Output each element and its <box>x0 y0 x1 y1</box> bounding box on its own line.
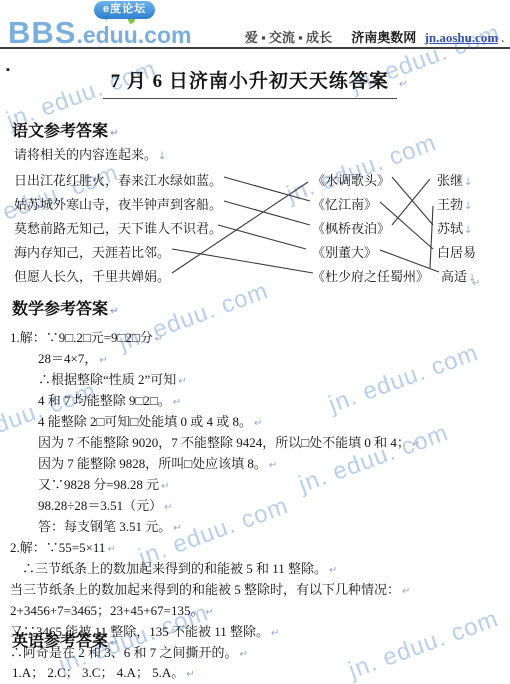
math-line: 当三节纸条上的数加起来得到的和能被 5 整除时，有以下几种情况：↵ <box>10 580 508 601</box>
line-break-mark: ↓ <box>464 177 472 188</box>
line-break-mark: ↓ <box>464 201 472 212</box>
poem-line: 海内存知己，天涯若比邻。 <box>14 242 170 261</box>
paragraph-mark: ↵ <box>399 79 407 90</box>
math-section: 数学参考答案↵ 1.解：∵9□.2□元=9□2□分↵ 28＝4×7，↵ ∴根据整… <box>10 296 508 664</box>
poem-title: 《杜少府之任蜀州》 <box>312 266 429 285</box>
connection-line <box>224 201 310 225</box>
logo-mid: .edu <box>76 22 123 48</box>
site-name: 济南奥数网 <box>351 30 416 45</box>
logo-bbs: BBS <box>8 15 76 50</box>
header-tagline: 爱 ▪ 交流 ▪ 成长 济南奥数网 jn.aoshu.com . <box>245 27 504 46</box>
poem-author: 苏轼↓ <box>437 218 472 237</box>
connection-line <box>172 249 313 273</box>
header-divider <box>0 47 510 49</box>
logo-text: BBS.eduu.com <box>8 15 191 51</box>
math-line: 28＝4×7，↵ <box>10 349 508 370</box>
line-break-mark: ↓ <box>464 225 472 236</box>
english-section: 英语参考答案↵ 1.A； 2.C； 3.C； 4.A； 5.A。↵ <box>12 628 195 684</box>
math-line: ∴三节纸条上的数加起来得到的和能被 5 和 11 整除。↵ <box>10 559 508 580</box>
connection-line <box>430 206 433 268</box>
english-answers: 1.A； 2.C； 3.C； 4.A； 5.A。↵ <box>12 663 195 684</box>
math-line: 又∵9828 分=98.28 元↵ <box>10 475 508 496</box>
math-line: ∴根据整除“性质 2”可知↵ <box>10 370 508 391</box>
poem-author: 张继↓ <box>437 170 472 189</box>
link-trailing-dot: . <box>502 34 505 45</box>
math-line: 4 和 7 均能整除 9□2□。↵ <box>10 391 508 412</box>
chinese-section-heading: 语文参考答案↵ <box>12 118 118 141</box>
edu-forum-badge[interactable]: e度论坛 <box>94 1 155 19</box>
poem-author: 白居易 <box>437 242 476 261</box>
slogan: 爱 ▪ 交流 ▪ 成长 <box>245 30 332 45</box>
math-line: 答：每支钢笔 3.51 元。↵ <box>10 517 508 538</box>
math-line: 1.解：∵9□.2□元=9□2□分↵ <box>10 328 508 349</box>
poem-title: 《枫桥夜泊》 <box>312 218 390 237</box>
page-title: 7 月 6 日济南小升初天天练答案 <box>103 66 397 99</box>
bbs-eduu-logo[interactable]: BBS.eduu.com e度论坛 <box>8 2 191 51</box>
logo-u-sprout: u <box>124 22 138 48</box>
math-line: 因为 7 不能整除 9020，7 不能整除 9424，所以□处不能填 0 和 4… <box>10 433 508 454</box>
logo-tail: .com <box>138 22 192 48</box>
title-row: 7 月 6 日济南小升初天天练答案↵ <box>0 66 510 99</box>
paragraph-mark: ↵ <box>472 278 480 289</box>
poem-title: 《水调歌头》 <box>312 170 390 189</box>
paragraph-mark: ↵ <box>110 128 118 139</box>
connection-line <box>218 225 306 249</box>
math-line: 98.28÷28＝3.51（元）↵ <box>10 496 508 517</box>
document-page: jn. eduu. com jn. eduu. com jn. eduu. co… <box>0 0 510 684</box>
math-section-heading: 数学参考答案↵ <box>12 296 508 319</box>
math-line: 4 能整除 2□可知□处能填 0 或 4 或 8。↵ <box>10 412 508 433</box>
paragraph-mark: ↵ <box>110 638 118 649</box>
poem-line: 日出江花红胜火，春来江水绿如蓝。 <box>14 170 222 189</box>
poem-title: 《别董大》 <box>312 242 377 261</box>
poem-line: 姑苏城外寒山寺，夜半钟声到客船。 <box>14 194 222 213</box>
connection-line <box>392 179 430 225</box>
poem-line: 莫愁前路无知己，天下谁人不识君。 <box>14 218 222 237</box>
english-section-heading: 英语参考答案↵ <box>12 628 195 651</box>
poem-title: 《忆江南》 <box>312 194 377 213</box>
math-line: 2+3456+7=3465；23+45+67=135。↵ <box>10 601 508 622</box>
math-line: 因为 7 能整除 9828，所叫□处应该填 8。↵ <box>10 454 508 475</box>
matching-exercise: 日出江花红胜火，春来江水绿如蓝。 姑苏城外寒山寺，夜半钟声到客船。 莫愁前路无知… <box>0 160 510 312</box>
math-line: 2.解：∵55=5×11↵ <box>10 538 508 559</box>
aoshu-link[interactable]: jn.aoshu.com <box>425 30 499 45</box>
poem-line: 但愿人长久，千里共婵娟。 <box>14 266 170 285</box>
poem-author: 王勃↓ <box>437 194 472 213</box>
paragraph-mark: ↵ <box>110 306 118 317</box>
